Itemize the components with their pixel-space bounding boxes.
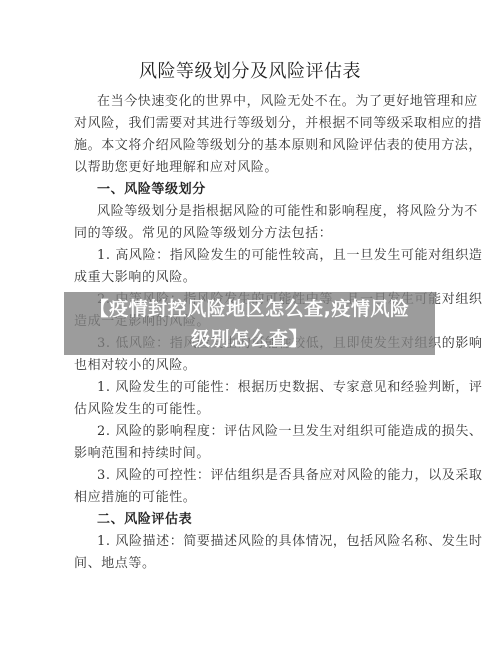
paragraph-line: 同的等级。常见的风险等级划分方法包括： xyxy=(74,223,417,245)
overlay-title-line-2: 级别怎么查】 xyxy=(64,324,435,354)
document-title: 风险等级划分及风险评估表 xyxy=(0,60,500,84)
section-heading-risk-levels: 一、风险等级划分 xyxy=(74,179,417,201)
section-heading-assessment-table: 二、风险评估表 xyxy=(74,509,417,531)
paragraph-line: 施。本文将介绍风险等级划分的基本原则和风险评估表的使用方法， xyxy=(74,135,417,157)
paragraph-line: 间、地点等。 xyxy=(74,553,417,575)
paragraph-line: 对风险，我们需要对其进行等级划分，并根据不同等级采取相应的措 xyxy=(74,113,417,135)
paragraph-line: 在当今快速变化的世界中，风险无处不在。为了更好地管理和应 xyxy=(74,91,417,113)
paragraph-line: 风险等级划分是指根据风险的可能性和影响程度，将风险分为不 xyxy=(74,201,417,223)
overlay-title-line-1: 【疫情封控风险地区怎么查,疫情风险 xyxy=(64,294,435,324)
paragraph-line: 影响范围和持续时间。 xyxy=(74,443,417,465)
paragraph-line: 相应措施的可能性。 xyxy=(74,487,417,509)
list-item-likelihood: 1. 风险发生的可能性：根据历史数据、专家意见和经验判断，评 xyxy=(74,377,417,399)
paragraph-line: 估风险发生的可能性。 xyxy=(74,399,417,421)
list-item-impact: 2. 风险的影响程度：评估风险一旦发生对组织可能造成的损失、 xyxy=(74,421,417,443)
title-overlay-banner: 【疫情封控风险地区怎么查,疫情风险 级别怎么查】 xyxy=(64,292,435,355)
list-item-controllability: 3. 风险的可控性：评估组织是否具备应对风险的能力，以及采取 xyxy=(74,465,417,487)
paragraph-line: 也相对较小的风险。 xyxy=(74,355,417,377)
list-item-high-risk: 1. 高风险：指风险发生的可能性较高，且一旦发生可能对组织造 xyxy=(74,245,417,267)
list-item-risk-description: 1. 风险描述：简要描述风险的具体情况，包括风险名称、发生时 xyxy=(74,531,417,553)
document-page: 风险等级划分及风险评估表 在当今快速变化的世界中，风险无处不在。为了更好地管理和… xyxy=(0,0,500,647)
paragraph-line: 成重大影响的风险。 xyxy=(74,267,417,289)
paragraph-line: 以帮助您更好地理解和应对风险。 xyxy=(74,157,417,179)
